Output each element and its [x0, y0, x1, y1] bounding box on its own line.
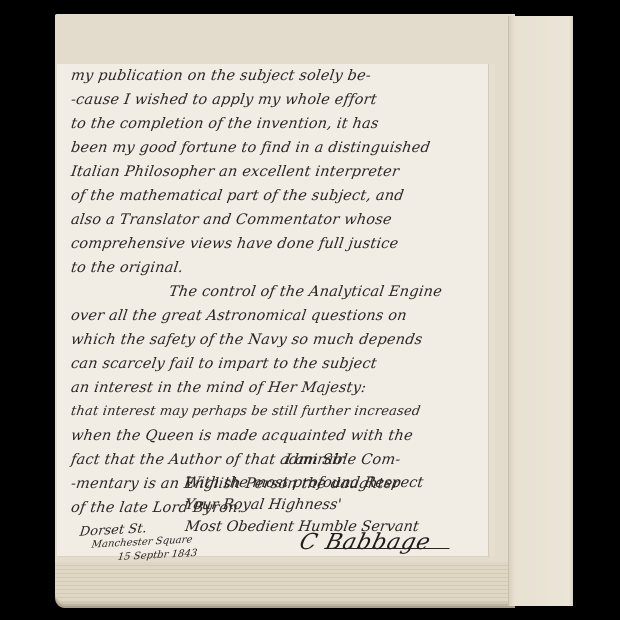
closing-salutation: I am Sir [284, 452, 345, 468]
letter-line: to the completion of the invention, it h… [70, 116, 380, 132]
letter-line: of the mathematical part of the subject,… [70, 188, 405, 204]
letter-line: Italian Philosopher an excellent interpr… [70, 164, 400, 180]
letter-line: can scarcely fail to impart to the subje… [70, 356, 378, 372]
letter-line: my publication on the subject solely be- [70, 68, 372, 84]
letter-line: which the safety of the Navy so much dep… [70, 332, 424, 348]
letter-line: fact that the Author of that admirable C… [70, 452, 402, 468]
signature: C Babbage [297, 530, 434, 555]
letter-line: been my good fortune to find in a distin… [70, 140, 431, 156]
letter-line: an interest in the mind of Her Majesty: [70, 380, 367, 396]
letter-line: when the Queen is made acquainted with t… [70, 428, 414, 444]
letter-line: -cause I wished to apply my whole effort [70, 92, 378, 108]
facing-page-edge [508, 16, 573, 606]
letter-line: The control of the Analytical Engine [168, 284, 443, 300]
letter-line: to the original. [70, 260, 184, 276]
closing-address: Your Royal Highness' [184, 497, 343, 513]
letter-line: comprehensive views have done full justi… [70, 236, 400, 252]
letter-line: over all the great Astronomical question… [70, 308, 408, 324]
letter-line: also a Translator and Commentator whose [70, 212, 393, 228]
closing-respect: With the most profound Respect [184, 475, 424, 491]
letter-line: that interest may perhaps be still furth… [70, 404, 421, 419]
